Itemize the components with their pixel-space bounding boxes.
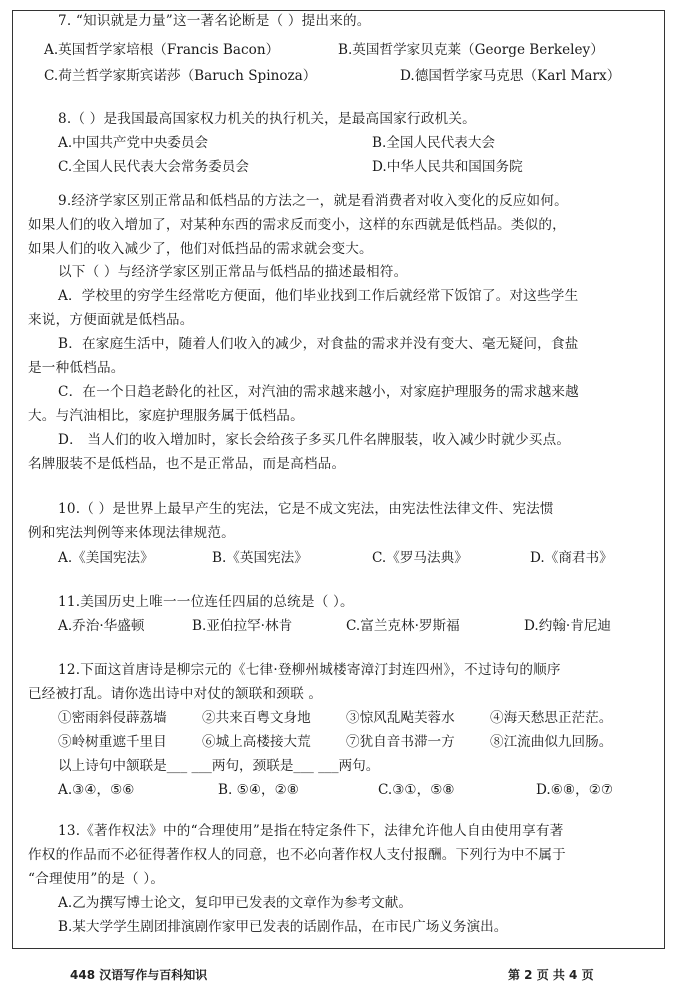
option-b: B．在家庭生活中，随着人们收入的减少，对食盐的需求并没有变大、毫无疑问，食盐 xyxy=(58,335,579,353)
option-a-cont: 来说，方便面就是低档品。 xyxy=(28,311,194,329)
option-a: A．学校里的穷学生经常吃方便面，他们毕业找到工作后就经常下饭馆了。对这些学生 xyxy=(58,287,578,305)
question-stem: “合理使用”的是（ ）。 xyxy=(28,870,164,888)
option-c: C.全国人民代表大会常务委员会 xyxy=(58,158,249,176)
option-c: C.《罗马法典》 xyxy=(372,549,468,567)
question-prompt: 以下（ ）与经济学家区别正常品与低档品的描述最相符。 xyxy=(58,263,407,281)
option-c: C．在一个日趋老龄化的社区，对汽油的需求越来越小，对家庭护理服务的需求越来越 xyxy=(58,383,579,401)
option-b: B. ⑤④，②⑧ xyxy=(218,781,299,799)
question-stem: 8.（ ）是我国最高国家权力机关的执行机关，是最高国家行政机关。 xyxy=(58,110,476,128)
option-d: D.⑥⑧，②⑦ xyxy=(536,781,613,799)
option-d: D． 当人们的收入增加时，家长会给孩子多买几件名牌服装，收入减少时就少买点。 xyxy=(58,431,570,449)
option-c: C.③①，⑤⑧ xyxy=(378,781,455,799)
footer-subject: 448 汉语写作与百科知识 xyxy=(70,966,207,983)
verse-4: ④海天愁思正茫茫。 xyxy=(490,709,612,727)
option-a: A.中国共产党中央委员会 xyxy=(58,134,208,152)
option-b-cont: 是一种低档品。 xyxy=(28,359,125,377)
option-c-cont: 大。与汽油相比，家庭护理服务属于低档品。 xyxy=(28,407,304,425)
option-b: B.全国人民代表大会 xyxy=(372,134,495,152)
question-stem: 如果人们的收入减少了，他们对低挡品的需求就会变大。 xyxy=(28,240,373,258)
option-a: A.《美国宪法》 xyxy=(58,549,154,567)
option-d-cont: 名牌服装不是低档品，也不是正常品，而是高档品。 xyxy=(28,455,345,473)
verse-6: ⑥城上高楼接大荒 xyxy=(202,733,311,751)
question-stem: 13.《著作权法》中的“合理使用”是指在特定条件下，法律允许他人自由使用享有著 xyxy=(58,822,564,840)
option-b: B.某大学学生剧团排演剧作家甲已发表的话剧作品，在市民广场义务演出。 xyxy=(58,918,507,936)
verse-3: ③惊风乱飐芙蓉水 xyxy=(346,709,455,727)
question-stem: 7. “知识就是力量”这一著名论断是（ ）提出来的。 xyxy=(58,12,371,30)
option-a: A.英国哲学家培根（Francis Bacon） xyxy=(44,41,279,59)
option-c: C.富兰克林·罗斯福 xyxy=(346,617,460,635)
option-d: D.德国哲学家马克思（Karl Marx） xyxy=(400,67,620,85)
question-stem: 9.经济学家区别正常品和低档品的方法之一，就是看消费者对收入变化的反应如何。 xyxy=(58,192,568,210)
question-stem: 12.下面这首唐诗是柳宗元的《七律·登柳州城楼寄漳汀封连四州》，不过诗句的顺序 xyxy=(58,661,561,679)
verse-2: ②共来百粤文身地 xyxy=(202,709,311,727)
verse-8: ⑧江流曲似九回肠。 xyxy=(490,733,612,751)
fill-blank-line: 以上诗句中颔联是___ ___两句，颈联是___ ___两句。 xyxy=(58,757,379,775)
question-stem: 10.（ ）是世界上最早产生的宪法，它是不成文宪法，由宪法性法律文件、宪法惯 xyxy=(58,500,554,518)
verse-7: ⑦犹自音书滞一方 xyxy=(346,733,455,751)
verse-1: ①密雨斜侵薜荔墙 xyxy=(58,709,167,727)
question-stem: 已经被打乱。请你选出诗中对仗的颔联和颈联 。 xyxy=(28,685,322,703)
option-c: C.荷兰哲学家斯宾诺莎（Baruch Spinoza） xyxy=(44,67,316,85)
question-stem: 作权的作品而不必征得著作权人的同意，也不必向著作权人支付报酬。下列行为中不属于 xyxy=(28,846,566,864)
option-b: B.英国哲学家贝克莱（George Berkeley） xyxy=(338,41,604,59)
question-stem: 例和宪法判例等来体现法律规范。 xyxy=(28,524,235,542)
option-b: B.《英国宪法》 xyxy=(212,549,308,567)
option-d: D.中华人民共和国国务院 xyxy=(372,158,523,176)
option-d: D.《商君书》 xyxy=(530,549,613,567)
option-b: B.亚伯拉罕·林肯 xyxy=(192,617,292,635)
option-a: A.③④，⑤⑥ xyxy=(58,781,134,799)
option-a: A.乔治·华盛顿 xyxy=(58,617,144,635)
question-stem: 如果人们的收入增加了，对某种东西的需求反而变小，这样的东西就是低档品。类似的， xyxy=(28,216,566,234)
option-d: D.约翰·肯尼迪 xyxy=(524,617,611,635)
footer-page-indicator: 第 2 页 共 4 页 xyxy=(508,966,594,983)
question-stem: 11.美国历史上唯一一位连任四届的总统是（ ）。 xyxy=(58,593,354,611)
verse-5: ⑤岭树重遮千里目 xyxy=(58,733,167,751)
option-a: A.乙为撰写博士论文，复印甲已发表的文章作为参考文献。 xyxy=(58,894,412,912)
